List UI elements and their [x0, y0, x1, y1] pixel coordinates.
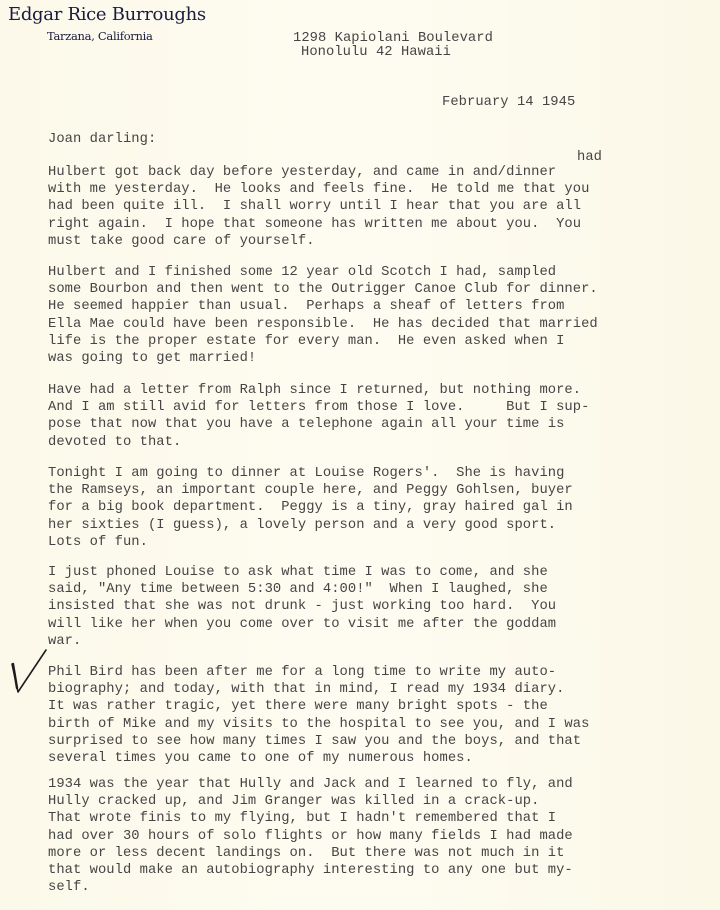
- letterhead-place: Tarzana, California: [47, 29, 153, 43]
- text-line: pose that now that you have a telephone …: [48, 416, 589, 433]
- text-line: had over 30 hours of solo flights or how…: [48, 828, 573, 845]
- paragraph-5: I just phoned Louise to ask what time I …: [48, 564, 556, 650]
- letterhead-name: Edgar Rice Burroughs: [8, 4, 206, 25]
- text-line: I just phoned Louise to ask what time I …: [48, 564, 556, 581]
- text-line: with me yesterday. He looks and feels fi…: [48, 181, 589, 198]
- text-line: Hully cracked up, and Jim Granger was ki…: [48, 793, 573, 810]
- sender-address: 1298 Kapiolani Boulevard Honolulu 42 Haw…: [293, 32, 493, 60]
- paragraph-3: Have had a letter from Ralph since I ret…: [48, 382, 589, 451]
- paragraph-1: Hulbert got back day before yesterday, a…: [48, 164, 589, 250]
- text-line: Tonight I am going to dinner at Louise R…: [48, 465, 573, 482]
- text-line: Have had a letter from Ralph since I ret…: [48, 382, 589, 399]
- text-line: Hulbert got back day before yesterday, a…: [48, 164, 589, 181]
- text-line: her sixties (I guess), a lovely person a…: [48, 517, 573, 534]
- text-line: was going to get married!: [48, 350, 598, 367]
- text-line: right again. I hope that someone has wri…: [48, 216, 589, 233]
- text-line: Lots of fun.: [48, 534, 573, 551]
- text-line: Hulbert and I finished some 12 year old …: [48, 264, 598, 281]
- text-line: more or less decent landings on. But the…: [48, 845, 573, 862]
- text-line: the Ramseys, an important couple here, a…: [48, 482, 573, 499]
- text-line: life is the proper estate for every man.…: [48, 333, 598, 350]
- text-line: devoted to that.: [48, 434, 589, 451]
- paragraph-7: 1934 was the year that Hully and Jack an…: [48, 776, 573, 896]
- address-line-2: Honolulu 42 Hawaii: [293, 45, 451, 60]
- text-line: war.: [48, 633, 556, 650]
- text-line: several times you came to one of my nume…: [48, 750, 589, 767]
- paragraph-6: Phil Bird has been after me for a long t…: [48, 664, 589, 767]
- text-line: surprised to see how many times I saw yo…: [48, 733, 589, 750]
- text-line: for a big book department. Peggy is a ti…: [48, 499, 573, 516]
- text-line: biography; and today, with that in mind,…: [48, 681, 589, 698]
- text-line: will like her when you come over to visi…: [48, 616, 556, 633]
- text-line: said, "Any time between 5:30 and 4:00!" …: [48, 581, 556, 598]
- text-line: 1934 was the year that Hully and Jack an…: [48, 776, 573, 793]
- text-line: That wrote finis to my flying, but I had…: [48, 810, 573, 827]
- text-line: insisted that she was not drunk - just w…: [48, 598, 556, 615]
- text-line: And I am still avid for letters from tho…: [48, 399, 589, 416]
- text-line: He seemed happier than usual. Perhaps a …: [48, 298, 598, 315]
- paragraph-4: Tonight I am going to dinner at Louise R…: [48, 465, 573, 551]
- address-line-1: 1298 Kapiolani Boulevard: [293, 31, 493, 46]
- typed-insertion: had: [577, 150, 602, 165]
- text-line: had been quite ill. I shall worry until …: [48, 198, 589, 215]
- text-line: must take good care of yourself.: [48, 233, 589, 250]
- checkmark-icon: [8, 646, 48, 696]
- text-line: Phil Bird has been after me for a long t…: [48, 664, 589, 681]
- letter-date: February 14 1945: [442, 95, 575, 110]
- text-line: birth of Mike and my visits to the hospi…: [48, 716, 589, 733]
- paragraph-2: Hulbert and I finished some 12 year old …: [48, 264, 598, 367]
- text-line: Ella Mae could have been responsible. He…: [48, 316, 598, 333]
- text-line: some Bourbon and then went to the Outrig…: [48, 281, 598, 298]
- text-line: It was rather tragic, yet there were man…: [48, 698, 589, 715]
- text-line: that would make an autobiography interes…: [48, 862, 573, 879]
- salutation: Joan darling:: [48, 132, 156, 147]
- text-line: self.: [48, 879, 573, 896]
- letter-page: Edgar Rice Burroughs Tarzana, California…: [0, 0, 720, 910]
